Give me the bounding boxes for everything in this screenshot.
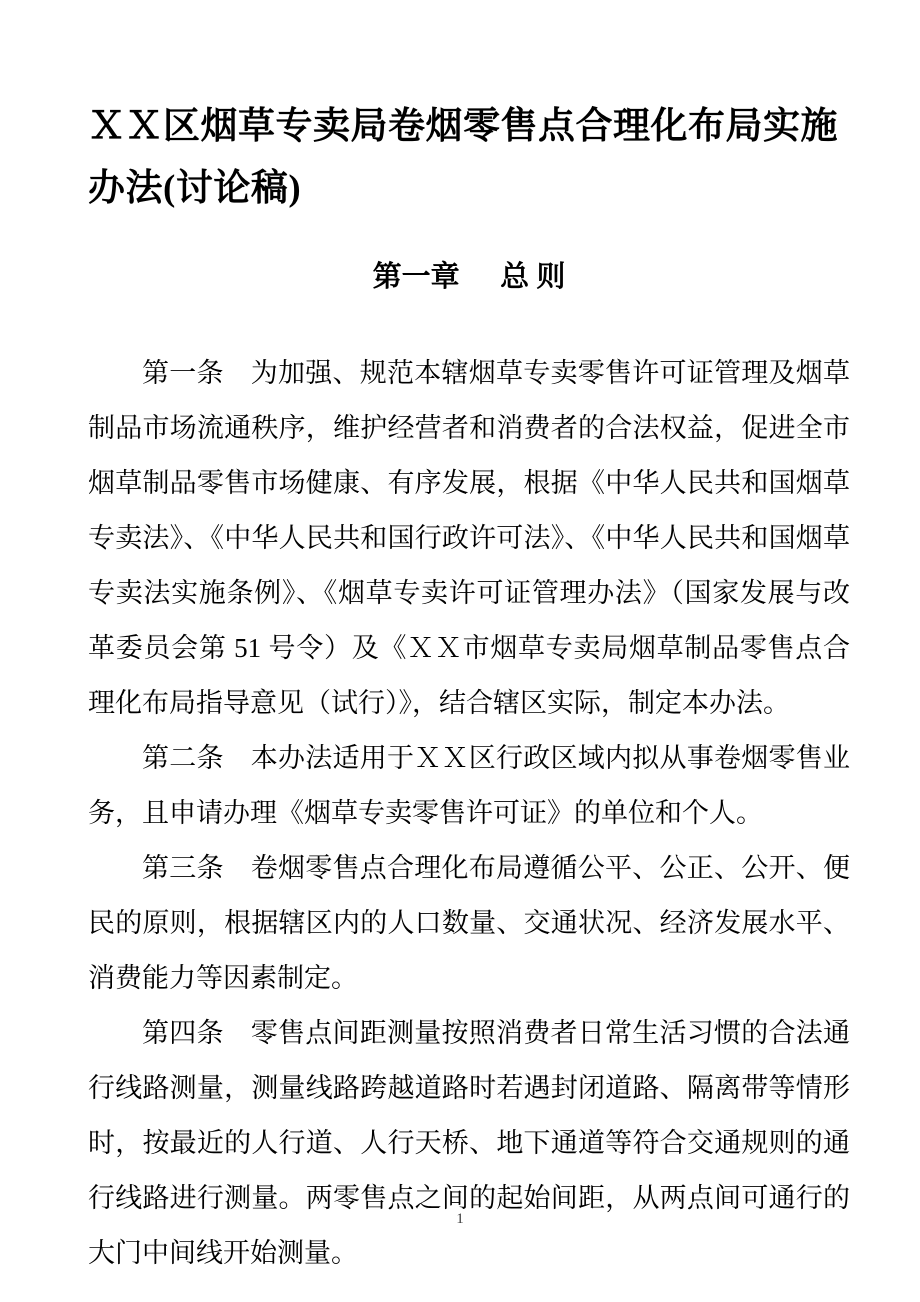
document-body: 第一条为加强、规范本辖烟草专卖零售许可证管理及烟草制品市场流通秩序，维护经营者和… xyxy=(88,346,850,1281)
chapter-number: 第一章 xyxy=(373,254,460,300)
article-label-1: 第一条 xyxy=(142,358,251,388)
article-paragraph-2: 第二条本办法适用于ＸＸ区行政区域内拟从事卷烟零售业务，且申请办理《烟草专卖零售许… xyxy=(88,731,850,841)
document-content: ＸＸ区烟草专卖局卷烟零售点合理化布局实施办法(讨论稿) 第一章总则 第一条为加强… xyxy=(0,0,920,1281)
article-text-4: 零售点间距测量按照消费者日常生活习惯的合法通行线路测量，测量线路跨越道路时若遇封… xyxy=(88,1018,850,1268)
article-paragraph-1: 第一条为加强、规范本辖烟草专卖零售许可证管理及烟草制品市场流通秩序，维护经营者和… xyxy=(88,346,850,731)
article-label-2: 第二条 xyxy=(142,743,251,773)
article-label-4: 第四条 xyxy=(142,1018,251,1048)
article-label-3: 第三条 xyxy=(142,853,251,883)
page-number: 1 xyxy=(0,1210,920,1228)
chapter-heading: 第一章总则 xyxy=(88,254,850,300)
article-paragraph-3: 第三条卷烟零售点合理化布局遵循公平、公正、公开、便民的原则，根据辖区内的人口数量… xyxy=(88,841,850,1006)
document-page: ＸＸ区烟草专卖局卷烟零售点合理化布局实施办法(讨论稿) 第一章总则 第一条为加强… xyxy=(0,0,920,1302)
article-text-1: 为加强、规范本辖烟草专卖零售许可证管理及烟草制品市场流通秩序，维护经营者和消费者… xyxy=(88,358,850,718)
chapter-name: 总则 xyxy=(500,254,573,300)
document-title: ＸＸ区烟草专卖局卷烟零售点合理化布局实施办法(讨论稿) xyxy=(88,96,850,220)
article-paragraph-4: 第四条零售点间距测量按照消费者日常生活习惯的合法通行线路测量，测量线路跨越道路时… xyxy=(88,1006,850,1281)
